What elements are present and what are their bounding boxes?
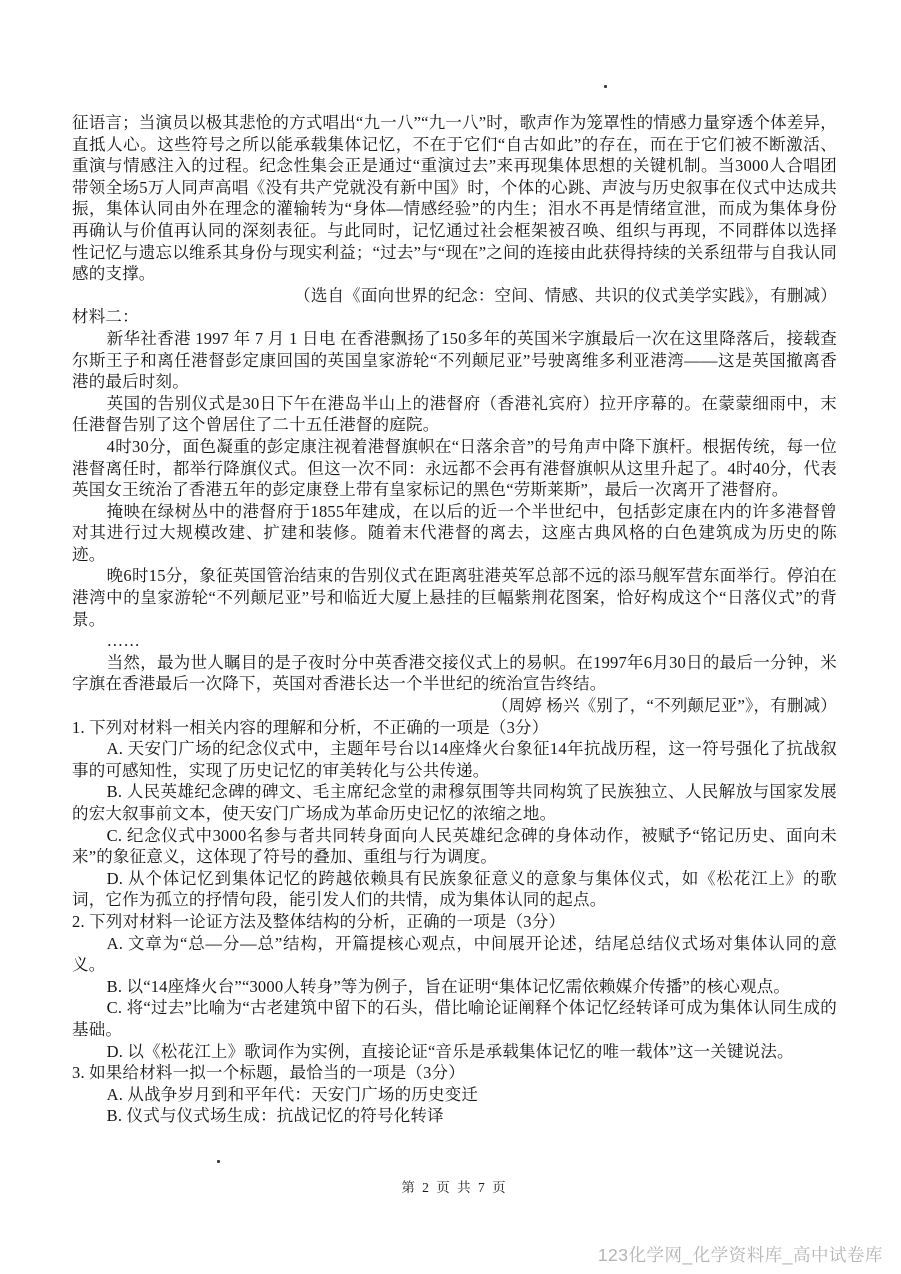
exam-paper-page: 征语言；当演员以极其悲怆的方式唱出“九一八”“九一八”时，歌声作为笼罩性的情感力… xyxy=(0,0,901,1274)
attribution: （选自《面向世界的纪念：空间、情感、共识的仪式美学实践》，有删减） xyxy=(72,285,837,307)
option: B. 人民英雄纪念碑的碑文、毛主席纪念堂的肃穆氛围等共同构筑了民族独立、人民解放… xyxy=(72,781,837,824)
question-stem: 3. 如果给材料一拟一个标题，最恰当的一项是（3分） xyxy=(72,1062,837,1084)
option: A. 从战争岁月到和平年代：天安门广场的历史变迁 xyxy=(72,1084,837,1106)
option: A. 天安门广场的纪念仪式中，主题年号台以14座烽火台象征14年抗战历程，这一符… xyxy=(72,738,837,781)
body-paragraph: 晚6时15分，象征英国管治结束的告别仪式在距离驻港英军总部不远的添马舰军营东面举… xyxy=(72,565,837,630)
stray-dot-mark xyxy=(604,85,607,88)
continuation-paragraph: 征语言；当演员以极其悲怆的方式唱出“九一八”“九一八”时，歌声作为笼罩性的情感力… xyxy=(72,112,837,285)
body-paragraph: 当然，最为世人瞩目的是子夜时分中英香港交接仪式上的易帜。在1997年6月30日的… xyxy=(72,652,837,695)
option: B. 仪式与仪式场生成：抗战记忆的符号化转译 xyxy=(72,1105,837,1127)
option: D. 以《松花江上》歌词作为实例，直接论证“音乐是承载集体记忆的唯一载体”这一关… xyxy=(72,1041,837,1063)
option: D. 从个体记忆到集体记忆的跨越依赖具有民族象征意义的意象与集体仪式，如《松花江… xyxy=(72,868,837,911)
material-label: 材料二： xyxy=(72,306,837,328)
option: A. 文章为“总—分—总”结构，开篇提核心观点，中间展开论述，结尾总结仪式场对集… xyxy=(72,933,837,976)
site-watermark: 123化学网_化学资料库_高中试卷库 xyxy=(598,1242,883,1267)
stray-dot-mark xyxy=(217,1160,220,1163)
option: C. 将“过去”比喻为“古老建筑中留下的石头，借比喻论证阐释个体记忆经转译可成为… xyxy=(72,997,837,1040)
page-number-indicator: 第 2 页 共 7 页 xyxy=(72,1176,837,1196)
option: B. 以“14座烽火台”“3000人转身”等为例子，旨在证明“集体记忆需依赖媒介… xyxy=(72,976,837,998)
body-paragraph: 英国的告别仪式是30日下午在港岛半山上的港督府（香港礼宾府）拉开序幕的。在蒙蒙细… xyxy=(72,393,837,436)
body-paragraph: 新华社香港 1997 年 7 月 1 日电 在香港飘扬了150多年的英国米字旗最… xyxy=(72,328,837,393)
body-paragraph: 掩映在绿树丛中的港督府于1855年建成，在以后的近一个半世纪中，包括彭定康在内的… xyxy=(72,501,837,566)
question-stem: 1. 下列对材料一相关内容的理解和分析，不正确的一项是（3分） xyxy=(72,717,837,739)
document-body: 征语言；当演员以极其悲怆的方式唱出“九一八”“九一八”时，歌声作为笼罩性的情感力… xyxy=(72,112,837,1127)
ellipsis: …… xyxy=(72,630,837,652)
question-stem: 2. 下列对材料一论证方法及整体结构的分析，正确的一项是（3分） xyxy=(72,911,837,933)
attribution: （周婷 杨兴《别了，“不列颠尼亚”》，有删减） xyxy=(72,695,837,717)
body-paragraph: 4时30分，面色凝重的彭定康注视着港督旗帜在“日落余音”的号角声中降下旗杆。根据… xyxy=(72,436,837,501)
option: C. 纪念仪式中3000名参与者共同转身面向人民英雄纪念碑的身体动作，被赋予“铭… xyxy=(72,825,837,868)
